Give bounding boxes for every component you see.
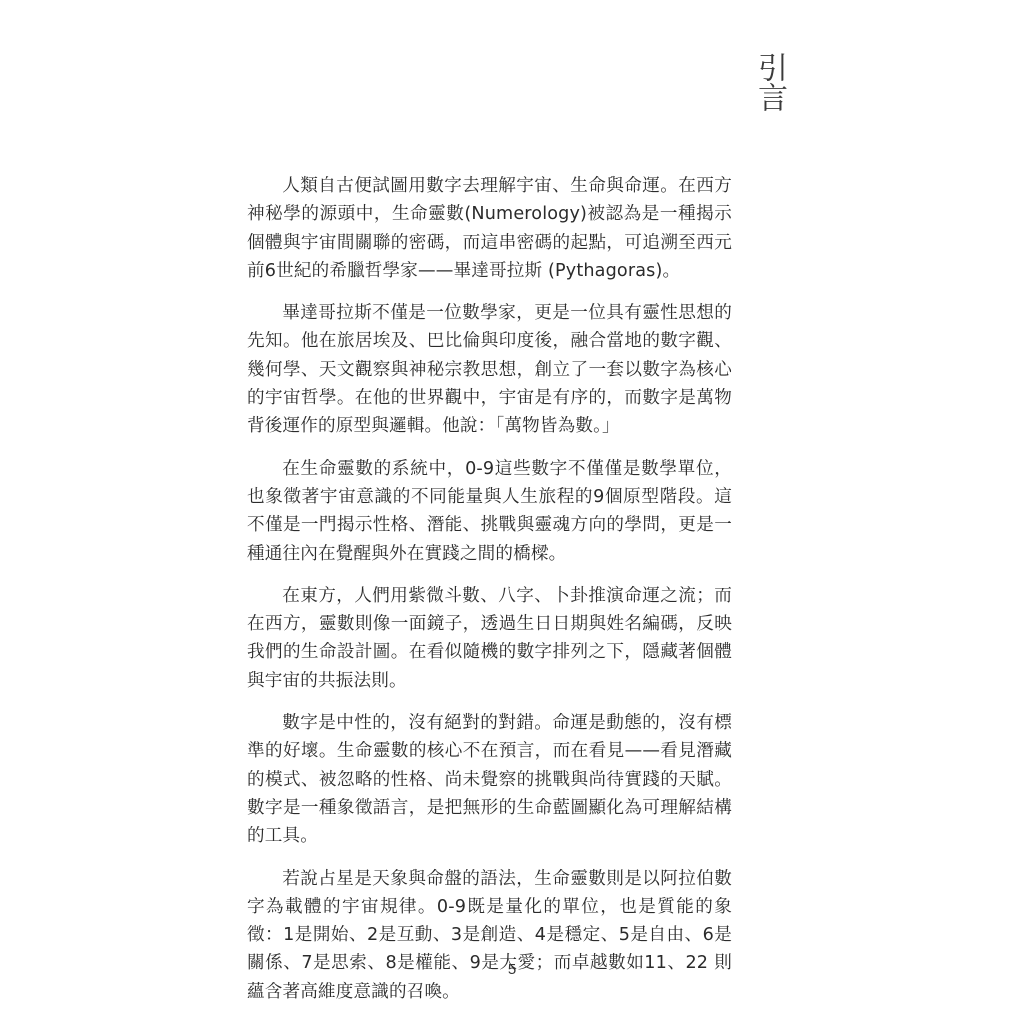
paragraph-5: 數字是中性的，沒有絕對的對錯。命運是動態的，沒有標準的好壞。生命靈數的核心不在預… [247,709,732,850]
paragraph-2: 畢達哥拉斯不僅是一位數學家，更是一位具有靈性思想的先知。他在旅居埃及、巴比倫與印… [247,299,732,440]
chapter-title: 引言 [752,52,786,112]
paragraph-1: 人類自古便試圖用數字去理解宇宙、生命與命運。在西方神秘學的源頭中，生命靈數(Nu… [247,172,732,285]
paragraph-3: 在生命靈數的系統中，0-9這些數字不僅僅是數學單位，也象徵著宇宙意識的不同能量與… [247,455,732,568]
book-page: 引言 人類自古便試圖用數字去理解宇宙、生命與命運。在西方神秘學的源頭中，生命靈數… [0,0,1024,1024]
paragraph-4: 在東方，人們用紫微斗數、八字、卜卦推演命運之流；而在西方，靈數則像一面鏡子，透過… [247,582,732,695]
body-text: 人類自古便試圖用數字去理解宇宙、生命與命運。在西方神秘學的源頭中，生命靈數(Nu… [247,172,732,1020]
paragraph-6: 若說占星是天象與命盤的語法，生命靈數則是以阿拉伯數字為載體的宇宙規律。0-9既是… [247,865,732,1006]
page-number: 5 [0,961,1024,978]
